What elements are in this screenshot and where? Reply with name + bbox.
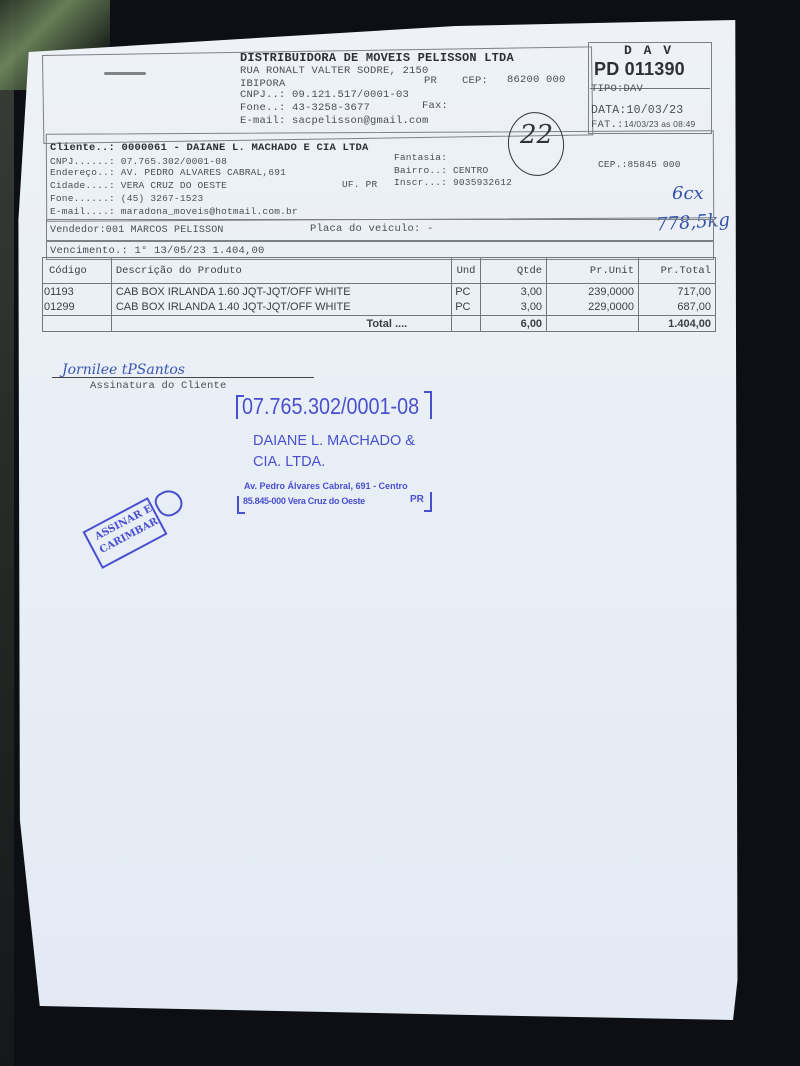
header-qtde: Qtde <box>480 258 546 284</box>
handwritten-boxes-count: 6cx <box>672 183 704 204</box>
client-address: Endereço..: AV. PEDRO ALVARES CABRAL,691 <box>50 167 286 178</box>
company-phone: Fone..: 43-3258-3677 <box>240 102 370 114</box>
client-phone: Fone......: (45) 3267-1523 <box>50 193 203 204</box>
total-empty <box>547 316 639 332</box>
row-codigo: 01193 <box>43 284 112 300</box>
company-email: E-mail: sacpelisson@gmail.com <box>240 115 429 127</box>
company-state: PR <box>424 75 437 87</box>
row-descricao: CAB BOX IRLANDA 1.60 JQT-JQT/OFF WHITE <box>111 284 451 300</box>
document-fat-label: FAT.: <box>591 119 624 131</box>
header-total: Pr.Total <box>639 258 716 284</box>
row-total: 687,00 <box>639 300 716 316</box>
company-name: DISTRIBUIDORA DE MOVEIS PELISSON LTDA <box>240 51 514 65</box>
stamp-name-line2: CIA. LTDA. <box>253 454 325 470</box>
row-und: PC <box>452 300 481 316</box>
row-codigo: 01299 <box>43 300 112 316</box>
header-descricao: Descrição do Produto <box>111 258 451 284</box>
document-date: DATA:10/03/23 <box>591 104 683 117</box>
row-qtde: 3,00 <box>480 284 546 300</box>
company-fax: Fax: <box>422 100 448 112</box>
client-city: Cidade....: VERA CRUZ DO OESTE <box>50 180 227 191</box>
client-name: Cliente..: 0000061 - DAIANE L. MACHADO E… <box>50 142 369 154</box>
client-cnpj: CNPJ......: 07.765.302/0001-08 <box>50 156 227 167</box>
client-signature: Jornilee tPSantos <box>62 362 185 378</box>
client-fantasia: Fantasia: <box>394 152 447 163</box>
company-cep: 86200 000 <box>507 74 566 86</box>
due-date: Vencimento.: 1° 13/05/23 1.404,00 <box>50 245 265 257</box>
table-row: 01193 CAB BOX IRLANDA 1.60 JQT-JQT/OFF W… <box>43 284 716 300</box>
stamp-cnpj: 07.765.302/0001-08 <box>242 393 419 420</box>
signature-line <box>52 377 314 378</box>
document-type: D A V <box>624 43 673 58</box>
total-label: Total .... <box>111 316 451 332</box>
table-row: 01299 CAB BOX IRLANDA 1.40 JQT-JQT/OFF W… <box>43 300 716 316</box>
client-uf: UF. PR <box>342 179 377 190</box>
client-cep: CEP.:85845 000 <box>598 159 681 170</box>
total-empty <box>452 316 481 332</box>
company-cnpj: CNPJ..: 09.121.517/0001-03 <box>240 89 409 101</box>
seller-name: Vendedor:001 MARCOS PELISSON <box>50 225 224 236</box>
total-qtde: 6,00 <box>480 316 546 332</box>
stamp-bracket-right <box>424 391 432 419</box>
signature-label: Assinatura do Cliente <box>90 380 227 392</box>
row-descricao: CAB BOX IRLANDA 1.40 JQT-JQT/OFF WHITE <box>111 300 451 316</box>
vehicle-plate: Placa do veiculo: - <box>310 223 434 235</box>
header-und: Und <box>452 258 481 284</box>
row-unit: 229,0000 <box>547 300 639 316</box>
client-inscr: Inscr...: 9035932612 <box>394 177 512 188</box>
stamp-address-line2: 85.845-000 Vera Cruz do Oeste <box>243 496 365 506</box>
row-und: PC <box>452 284 481 300</box>
stamp-bracket-bottom-left <box>237 496 245 514</box>
document-fat-value: 14/03/23 as 08:49 <box>624 119 695 129</box>
document-tipo: TIPO:DAV <box>591 83 643 95</box>
stamp-bracket-bottom-right <box>424 492 432 512</box>
product-table: Código Descrição do Produto Und Qtde Pr.… <box>42 257 716 332</box>
handwritten-circle-text: 22 <box>520 120 553 150</box>
row-total: 717,00 <box>639 284 716 300</box>
document-number: PD 011390 <box>594 59 685 80</box>
row-qtde: 3,00 <box>480 300 546 316</box>
row-unit: 239,0000 <box>547 284 639 300</box>
stamp-state: PR <box>410 494 424 505</box>
product-table-grid: Código Descrição do Produto Und Qtde Pr.… <box>42 257 716 332</box>
stamp-address-line1: Av. Pedro Álvares Cabral, 691 - Centro <box>244 481 408 491</box>
company-cep-label: CEP: <box>462 75 488 87</box>
logo-mark <box>104 72 146 75</box>
header-codigo: Código <box>43 258 112 284</box>
client-email: E-mail....: maradona_moveis@hotmail.com.… <box>50 206 298 217</box>
stamp-name-line1: DAIANE L. MACHADO & <box>253 433 415 449</box>
background-surface <box>0 0 14 1066</box>
company-address: RUA RONALT VALTER SODRE, 2150 <box>240 65 429 77</box>
table-total-row: Total .... 6,00 1.404,00 <box>43 316 716 332</box>
client-bairro: Bairro..: CENTRO <box>394 165 488 176</box>
total-empty <box>43 316 112 332</box>
header-unit: Pr.Unit <box>547 258 639 284</box>
total-value: 1.404,00 <box>639 316 716 332</box>
